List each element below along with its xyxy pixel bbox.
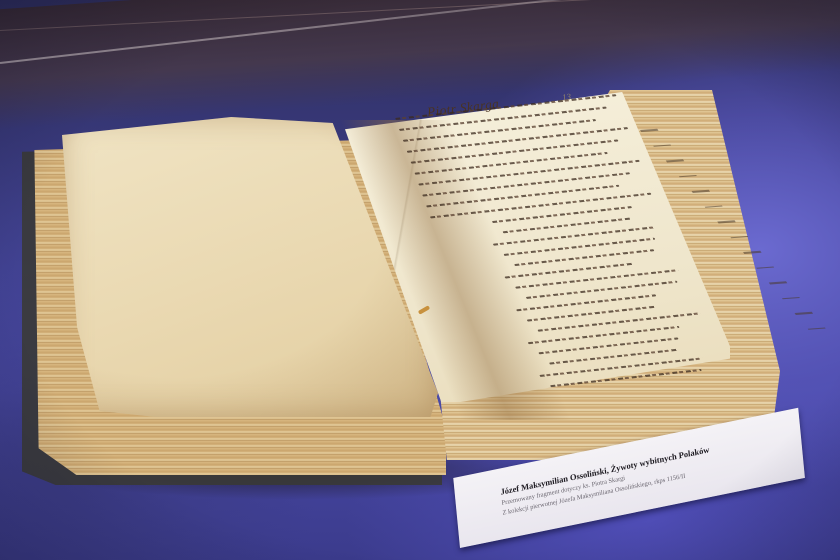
margin-note-stroke (743, 251, 761, 254)
margin-note-stroke (692, 190, 710, 193)
handwritten-line (430, 193, 652, 219)
handwritten-line (414, 152, 608, 175)
margin-note-stroke (769, 281, 787, 284)
margin-note-stroke (666, 159, 684, 162)
margin-note-stroke (679, 175, 697, 178)
margin-note-stroke (717, 220, 735, 223)
handwritten-line (422, 172, 630, 196)
handwritten-line (418, 160, 640, 186)
handwritten-line (426, 185, 620, 208)
margin-note-stroke (782, 297, 800, 300)
margin-note-stroke (756, 266, 774, 269)
handwritten-line (403, 119, 597, 142)
margin-note-stroke (704, 205, 722, 208)
margin-note-stroke (795, 312, 813, 315)
margin-note-stroke (640, 129, 658, 132)
handwritten-line (407, 127, 629, 153)
handwritten-line (411, 139, 619, 163)
margin-note-stroke (730, 236, 748, 239)
margin-note-stroke (653, 144, 671, 147)
museum-display-photo: Piotr Skarga 13 Józef Maksymilian Ossoli… (0, 0, 840, 560)
margin-note-stroke (807, 327, 825, 330)
